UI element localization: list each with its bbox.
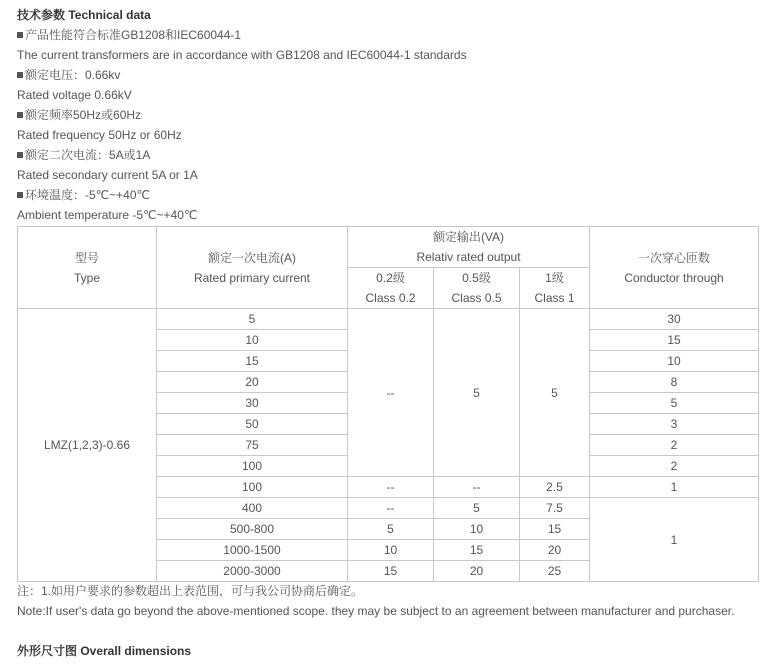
primary-current-cell: 500-800 xyxy=(157,519,348,540)
class1-cell: 15 xyxy=(520,519,590,540)
table-header-row: 型号 Type 额定一次电流(A) Rated primary current … xyxy=(18,227,759,268)
conductor-cell: 5 xyxy=(590,393,759,414)
spec-line-cn: 产品性能符合标准GB1208和IEC60044-1 xyxy=(17,25,767,45)
header-class-05: 0.5级 Class 0.5 xyxy=(434,268,520,309)
header-primary-current: 额定一次电流(A) Rated primary current xyxy=(157,227,348,309)
class05-cell: 5 xyxy=(434,309,520,477)
primary-current-cell: 100 xyxy=(157,477,348,498)
header-class1-cn: 1级 xyxy=(520,268,589,288)
class1-cell: 2.5 xyxy=(520,477,590,498)
primary-current-cell: 400 xyxy=(157,498,348,519)
class05-cell: 20 xyxy=(434,561,520,582)
header-class-1: 1级 Class 1 xyxy=(520,268,590,309)
class05-cell: 10 xyxy=(434,519,520,540)
spec-table: 型号 Type 额定一次电流(A) Rated primary current … xyxy=(17,226,759,582)
spec-line-text: 额定二次电流：5A或1A xyxy=(25,148,150,162)
conductor-cell: 15 xyxy=(590,330,759,351)
conductor-cell: 2 xyxy=(590,435,759,456)
square-bullet-icon xyxy=(17,72,23,78)
class02-cell: 15 xyxy=(348,561,434,582)
spec-line-en: The current transformers are in accordan… xyxy=(17,45,767,65)
square-bullet-icon xyxy=(17,32,23,38)
spec-line-text: 额定电压：0.66kv xyxy=(25,68,120,82)
square-bullet-icon xyxy=(17,152,23,158)
primary-current-cell: 15 xyxy=(157,351,348,372)
primary-current-cell: 5 xyxy=(157,309,348,330)
spec-line-cn: 额定二次电流：5A或1A xyxy=(17,145,767,165)
class05-cell: 5 xyxy=(434,498,520,519)
primary-current-cell: 75 xyxy=(157,435,348,456)
spec-line-text: Ambient temperature -5℃~+40℃ xyxy=(17,208,197,222)
class05-cell: -- xyxy=(434,477,520,498)
spec-lines: 产品性能符合标准GB1208和IEC60044-1The current tra… xyxy=(17,25,767,225)
table-notes: 注：1.如用户要求的参数超出上表范围，可与我公司协商后确定。 Note:If u… xyxy=(17,581,777,621)
class1-cell: 20 xyxy=(520,540,590,561)
technical-data-section: 技术参数 Technical data 产品性能符合标准GB1208和IEC60… xyxy=(17,5,767,225)
header-type-en: Type xyxy=(18,268,156,288)
class1-cell: 7.5 xyxy=(520,498,590,519)
conductor-cell: 1 xyxy=(590,477,759,498)
header-primary-cn: 额定一次电流(A) xyxy=(157,248,347,268)
conductor-cell: 8 xyxy=(590,372,759,393)
primary-current-cell: 30 xyxy=(157,393,348,414)
header-type: 型号 Type xyxy=(18,227,157,309)
spec-line-cn: 环境温度：-5℃~+40℃ xyxy=(17,185,767,205)
header-class-02: 0.2级 Class 0.2 xyxy=(348,268,434,309)
spec-line-en: Ambient temperature -5℃~+40℃ xyxy=(17,205,767,225)
class02-cell: -- xyxy=(348,309,434,477)
note-en: Note:If user's data go beyond the above-… xyxy=(17,601,777,621)
header-conductor-cn: 一次穿心匝数 xyxy=(590,248,758,268)
table-row: LMZ(1,2,3)-0.665--5530 xyxy=(18,309,759,330)
spec-line-en: Rated voltage 0.66kV xyxy=(17,85,767,105)
square-bullet-icon xyxy=(17,192,23,198)
header-class05-cn: 0.5级 xyxy=(434,268,519,288)
header-class02-en: Class 0.2 xyxy=(348,288,433,308)
spec-line-text: Rated frequency 50Hz or 60Hz xyxy=(17,128,182,142)
conductor-cell: 3 xyxy=(590,414,759,435)
class02-cell: 5 xyxy=(348,519,434,540)
header-conductor: 一次穿心匝数 Conductor through xyxy=(590,227,759,309)
class1-cell: 5 xyxy=(520,309,590,477)
spec-line-text: Rated secondary current 5A or 1A xyxy=(17,168,198,182)
header-rated-output: 额定输出(VA) Relativ rated output xyxy=(348,227,590,268)
spec-line-text: 环境温度：-5℃~+40℃ xyxy=(25,188,150,202)
header-conductor-en: Conductor through xyxy=(590,268,758,288)
spec-line-text: 额定频率50Hz或60Hz xyxy=(25,108,141,122)
spec-line-text: 产品性能符合标准GB1208和IEC60044-1 xyxy=(25,28,241,42)
primary-current-cell: 20 xyxy=(157,372,348,393)
header-class02-cn: 0.2级 xyxy=(348,268,433,288)
class1-cell: 25 xyxy=(520,561,590,582)
primary-current-cell: 2000-3000 xyxy=(157,561,348,582)
spec-line-en: Rated secondary current 5A or 1A xyxy=(17,165,767,185)
overall-dimensions-title: 外形尺寸图 Overall dimensions xyxy=(17,641,191,661)
spec-line-cn: 额定频率50Hz或60Hz xyxy=(17,105,767,125)
class02-cell: -- xyxy=(348,498,434,519)
square-bullet-icon xyxy=(17,112,23,118)
header-primary-en: Rated primary current xyxy=(157,268,347,288)
conductor-cell: 2 xyxy=(590,456,759,477)
spec-line-text: The current transformers are in accordan… xyxy=(17,48,467,62)
note-cn: 注：1.如用户要求的参数超出上表范围，可与我公司协商后确定。 xyxy=(17,581,777,601)
header-class1-en: Class 1 xyxy=(520,288,589,308)
primary-current-cell: 1000-1500 xyxy=(157,540,348,561)
primary-current-cell: 100 xyxy=(157,456,348,477)
class05-cell: 15 xyxy=(434,540,520,561)
class02-cell: -- xyxy=(348,477,434,498)
spec-line-cn: 额定电压：0.66kv xyxy=(17,65,767,85)
class02-cell: 10 xyxy=(348,540,434,561)
technical-data-title: 技术参数 Technical data xyxy=(17,5,767,25)
spec-line-text: Rated voltage 0.66kV xyxy=(17,88,132,102)
model-cell: LMZ(1,2,3)-0.66 xyxy=(18,309,157,582)
conductor-cell: 1 xyxy=(590,498,759,582)
spec-line-en: Rated frequency 50Hz or 60Hz xyxy=(17,125,767,145)
header-output-en: Relativ rated output xyxy=(348,247,589,267)
conductor-cell: 30 xyxy=(590,309,759,330)
header-output-cn: 额定输出(VA) xyxy=(348,227,589,247)
primary-current-cell: 50 xyxy=(157,414,348,435)
conductor-cell: 10 xyxy=(590,351,759,372)
header-class05-en: Class 0.5 xyxy=(434,288,519,308)
header-type-cn: 型号 xyxy=(18,248,156,268)
primary-current-cell: 10 xyxy=(157,330,348,351)
